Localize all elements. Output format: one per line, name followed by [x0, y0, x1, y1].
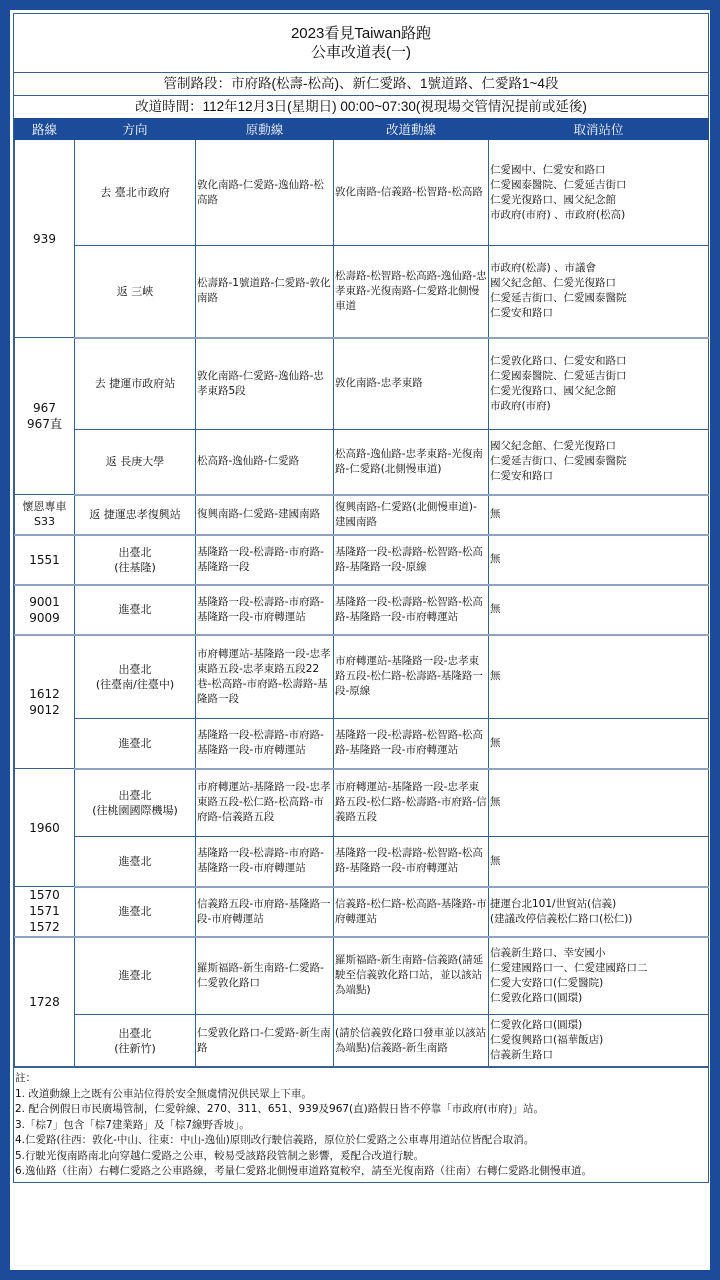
route-number: 懷恩專車 S33: [15, 495, 75, 535]
route-number: 1728: [15, 937, 75, 1067]
direction: 返 三峽: [75, 246, 196, 338]
detour-table: 路線 方向 原動線 改道動線 取消站位 939 去 臺北市政府 敦化南路-仁愛路…: [14, 118, 709, 1067]
detour-route: 羅斯福路-新生南路-信義路(請延駛至信義敦化路口站，並以該站為端點): [334, 937, 489, 1015]
table-header: 路線 方向 原動線 改道動線 取消站位: [15, 119, 709, 140]
col-header-original: 原動線: [196, 119, 334, 140]
route-number: 967 967直: [15, 338, 75, 495]
cancelled-stops: 無: [489, 769, 709, 837]
detour-route: 基隆路一段-松壽路-松智路-松高路-基隆路一段-原線: [334, 535, 489, 585]
col-header-detour: 改道動線: [334, 119, 489, 140]
original-route: 基隆路一段-松壽路-市府路-基隆路一段-市府轉運站: [196, 585, 334, 635]
detour-route: 市府轉運站-基隆路一段-忠孝東路五段-松仁路-松壽路-基隆路一段-原線: [334, 635, 489, 719]
cancelled-stops: 仁愛敦化路口(圓環) 仁愛復興路口(福華飯店) 信義新生路口: [489, 1015, 709, 1067]
original-route: 基隆路一段-松壽路-市府路-基隆路一段: [196, 535, 334, 585]
direction: 返 長庚大學: [75, 430, 196, 495]
notes-section: 註： 1. 改道動線上之既有公車站位得於安全無虞情況供民眾上下車。 2. 配合例…: [14, 1067, 708, 1182]
direction: 去 臺北市政府: [75, 140, 196, 246]
detour-route: 敦化南路-忠孝東路: [334, 338, 489, 430]
route-number: 1612 9012: [15, 635, 75, 769]
direction: 出臺北 (往基隆): [75, 535, 196, 585]
cancelled-stops: 無: [489, 585, 709, 635]
original-route: 敦化南路-仁愛路-逸仙路-松高路: [196, 140, 334, 246]
detour-route: 信義路-松仁路-松高路-基隆路-市府轉運站: [334, 887, 489, 937]
detour-route: 敦化南路-信義路-松智路-松高路: [334, 140, 489, 246]
original-route: 市府轉運站-基隆路一段-忠孝東路五段-忠孝東路五段22巷-松高路-市府路-松壽路…: [196, 635, 334, 719]
notes-heading: 註：: [15, 1071, 707, 1087]
title-event: 2023看見Taiwan路跑: [291, 24, 431, 43]
route-number: 1960: [15, 769, 75, 887]
original-route: 仁愛敦化路口-仁愛路-新生南路: [196, 1015, 334, 1067]
detour-sheet: 2023看見Taiwan路跑 公車改道表(一) 管制路段：市府路(松壽-松高)、…: [13, 13, 709, 1183]
title-block: 2023看見Taiwan路跑 公車改道表(一): [14, 14, 708, 73]
direction: 返 捷運忠孝復興站: [75, 495, 196, 535]
detour-route: 基隆路一段-松壽路-松智路-松高路-基隆路一段-市府轉運站: [334, 719, 489, 769]
detour-route: 市府轉運站-基隆路一段-忠孝東路五段-松仁路-松壽路-市府路-信義路五段: [334, 769, 489, 837]
direction: 進臺北: [75, 837, 196, 887]
direction: 進臺北: [75, 585, 196, 635]
detour-route: 松高路-逸仙路-忠孝東路-光復南路-仁愛路(北側慢車道): [334, 430, 489, 495]
original-route: 松壽路-1號道路-仁愛路-敦化南路: [196, 246, 334, 338]
cancelled-stops: 市政府(松壽) 、市議會 國父紀念館、仁愛光復路口 仁愛延吉街口、仁愛國泰醫院 …: [489, 246, 709, 338]
direction: 出臺北 (往臺南/往臺中): [75, 635, 196, 719]
cancelled-stops: 信義新生路口、幸安國小 仁愛建國路口一、仁愛建國路口二 仁愛大安路口(仁愛醫院)…: [489, 937, 709, 1015]
note-item: 3.「棕7」包含「棕7建業路」及「棕7線野香坡」。: [15, 1118, 707, 1134]
table-row: 出臺北 (往新竹) 仁愛敦化路口-仁愛路-新生南路 (請於信義敦化路口發車並以該…: [15, 1015, 709, 1067]
direction: 去 捷運市政府站: [75, 338, 196, 430]
cancelled-stops: 仁愛敦化路口、仁愛安和路口 仁愛國泰醫院、仁愛延吉街口 仁愛光復路口、國父紀念館…: [489, 338, 709, 430]
table-row: 939 去 臺北市政府 敦化南路-仁愛路-逸仙路-松高路 敦化南路-信義路-松智…: [15, 140, 709, 246]
table-row: 1728 進臺北 羅斯福路-新生南路-仁愛路-仁愛敦化路口 羅斯福路-新生南路-…: [15, 937, 709, 1015]
table-row: 進臺北 基隆路一段-松壽路-市府路-基隆路一段-市府轉運站 基隆路一段-松壽路-…: [15, 837, 709, 887]
direction: 出臺北 (往桃園國際機場): [75, 769, 196, 837]
table-row: 9001 9009 進臺北 基隆路一段-松壽路-市府路-基隆路一段-市府轉運站 …: [15, 585, 709, 635]
original-route: 信義路五段-市府路-基隆路一段-市府轉運站: [196, 887, 334, 937]
route-number: 1570 1571 1572: [15, 887, 75, 937]
document-card: 2023看見Taiwan路跑 公車改道表(一) 管制路段：市府路(松壽-松高)、…: [10, 10, 710, 1270]
direction: 出臺北 (往新竹): [75, 1015, 196, 1067]
cancelled-stops: 無: [489, 837, 709, 887]
control-section: 管制路段：市府路(松壽-松高)、新仁愛路、1號道路、仁愛路1~4段: [14, 73, 708, 96]
note-item: 4.仁愛路(往西：敦化-中山、往東：中山-逸仙)原則改行駛信義路，原位於仁愛路之…: [15, 1133, 707, 1149]
table-row: 967 967直 去 捷運市政府站 敦化南路-仁愛路-逸仙路-忠孝東路5段 敦化…: [15, 338, 709, 430]
original-route: 羅斯福路-新生南路-仁愛路-仁愛敦化路口: [196, 937, 334, 1015]
table-row: 懷恩專車 S33 返 捷運忠孝復興站 復興南路-仁愛路-建國南路 復興南路-仁愛…: [15, 495, 709, 535]
table-row: 返 長庚大學 松高路-逸仙路-仁愛路 松高路-逸仙路-忠孝東路-光復南路-仁愛路…: [15, 430, 709, 495]
route-number: 9001 9009: [15, 585, 75, 635]
detour-route: 復興南路-仁愛路(北側慢車道)-建國南路: [334, 495, 489, 535]
original-route: 市府轉運站-基隆路一段-忠孝東路五段-松仁路-松高路-市府路-信義路五段: [196, 769, 334, 837]
route-number: 1551: [15, 535, 75, 585]
detour-route: 基隆路一段-松壽路-松智路-松高路-基隆路一段-市府轉運站: [334, 585, 489, 635]
note-item: 6.逸仙路（往南）右轉仁愛路之公車路線，考量仁愛路北側慢車道路寬較窄，請至光復南…: [15, 1164, 707, 1180]
note-item: 1. 改道動線上之既有公車站位得於安全無虞情況供民眾上下車。: [15, 1087, 707, 1103]
table-row: 1612 9012 出臺北 (往臺南/往臺中) 市府轉運站-基隆路一段-忠孝東路…: [15, 635, 709, 719]
table-row: 進臺北 基隆路一段-松壽路-市府路-基隆路一段-市府轉運站 基隆路一段-松壽路-…: [15, 719, 709, 769]
col-header-cancelled: 取消站位: [489, 119, 709, 140]
cancelled-stops: 仁愛國中、仁愛安和路口 仁愛國泰醫院、仁愛延吉街口 仁愛光復路口、國父紀念館 市…: [489, 140, 709, 246]
title-subtitle: 公車改道表(一): [311, 43, 411, 62]
cancelled-stops: 無: [489, 535, 709, 585]
route-number: 939: [15, 140, 75, 338]
original-route: 敦化南路-仁愛路-逸仙路-忠孝東路5段: [196, 338, 334, 430]
cancelled-stops: 國父紀念館、仁愛光復路口 仁愛延吉街口、仁愛國泰醫院 仁愛安和路口: [489, 430, 709, 495]
original-route: 復興南路-仁愛路-建國南路: [196, 495, 334, 535]
direction: 進臺北: [75, 937, 196, 1015]
cancelled-stops: 捷運台北101/世貿站(信義) (建議改停信義松仁路口(松仁)): [489, 887, 709, 937]
detour-route: (請於信義敦化路口發車並以該站為端點)信義路-新生南路: [334, 1015, 489, 1067]
detour-time: 改道時間：112年12月3日(星期日) 00:00~07:30(視現場交管情況提…: [14, 96, 708, 118]
table-row: 返 三峽 松壽路-1號道路-仁愛路-敦化南路 松壽路-松智路-松高路-逸仙路-忠…: [15, 246, 709, 338]
original-route: 基隆路一段-松壽路-市府路-基隆路一段-市府轉運站: [196, 837, 334, 887]
direction: 進臺北: [75, 887, 196, 937]
detour-route: 基隆路一段-松壽路-松智路-松高路-基隆路一段-市府轉運站: [334, 837, 489, 887]
col-header-direction: 方向: [75, 119, 196, 140]
table-row: 1570 1571 1572 進臺北 信義路五段-市府路-基隆路一段-市府轉運站…: [15, 887, 709, 937]
direction: 進臺北: [75, 719, 196, 769]
original-route: 基隆路一段-松壽路-市府路-基隆路一段-市府轉運站: [196, 719, 334, 769]
cancelled-stops: 無: [489, 495, 709, 535]
detour-route: 松壽路-松智路-松高路-逸仙路-忠孝東路-光復南路-仁愛路北側慢車道: [334, 246, 489, 338]
table-row: 1960 出臺北 (往桃園國際機場) 市府轉運站-基隆路一段-忠孝東路五段-松仁…: [15, 769, 709, 837]
note-item: 2. 配合例假日市民廣場管制，仁愛幹線、270、311、651、939及967(…: [15, 1102, 707, 1118]
note-item: 5.行駛光復南路南北向穿越仁愛路之公車，較易受該路段管制之影響，爰配合改道行駛。: [15, 1149, 707, 1165]
cancelled-stops: 無: [489, 719, 709, 769]
table-row: 1551 出臺北 (往基隆) 基隆路一段-松壽路-市府路-基隆路一段 基隆路一段…: [15, 535, 709, 585]
original-route: 松高路-逸仙路-仁愛路: [196, 430, 334, 495]
cancelled-stops: 無: [489, 635, 709, 719]
col-header-route: 路線: [15, 119, 75, 140]
